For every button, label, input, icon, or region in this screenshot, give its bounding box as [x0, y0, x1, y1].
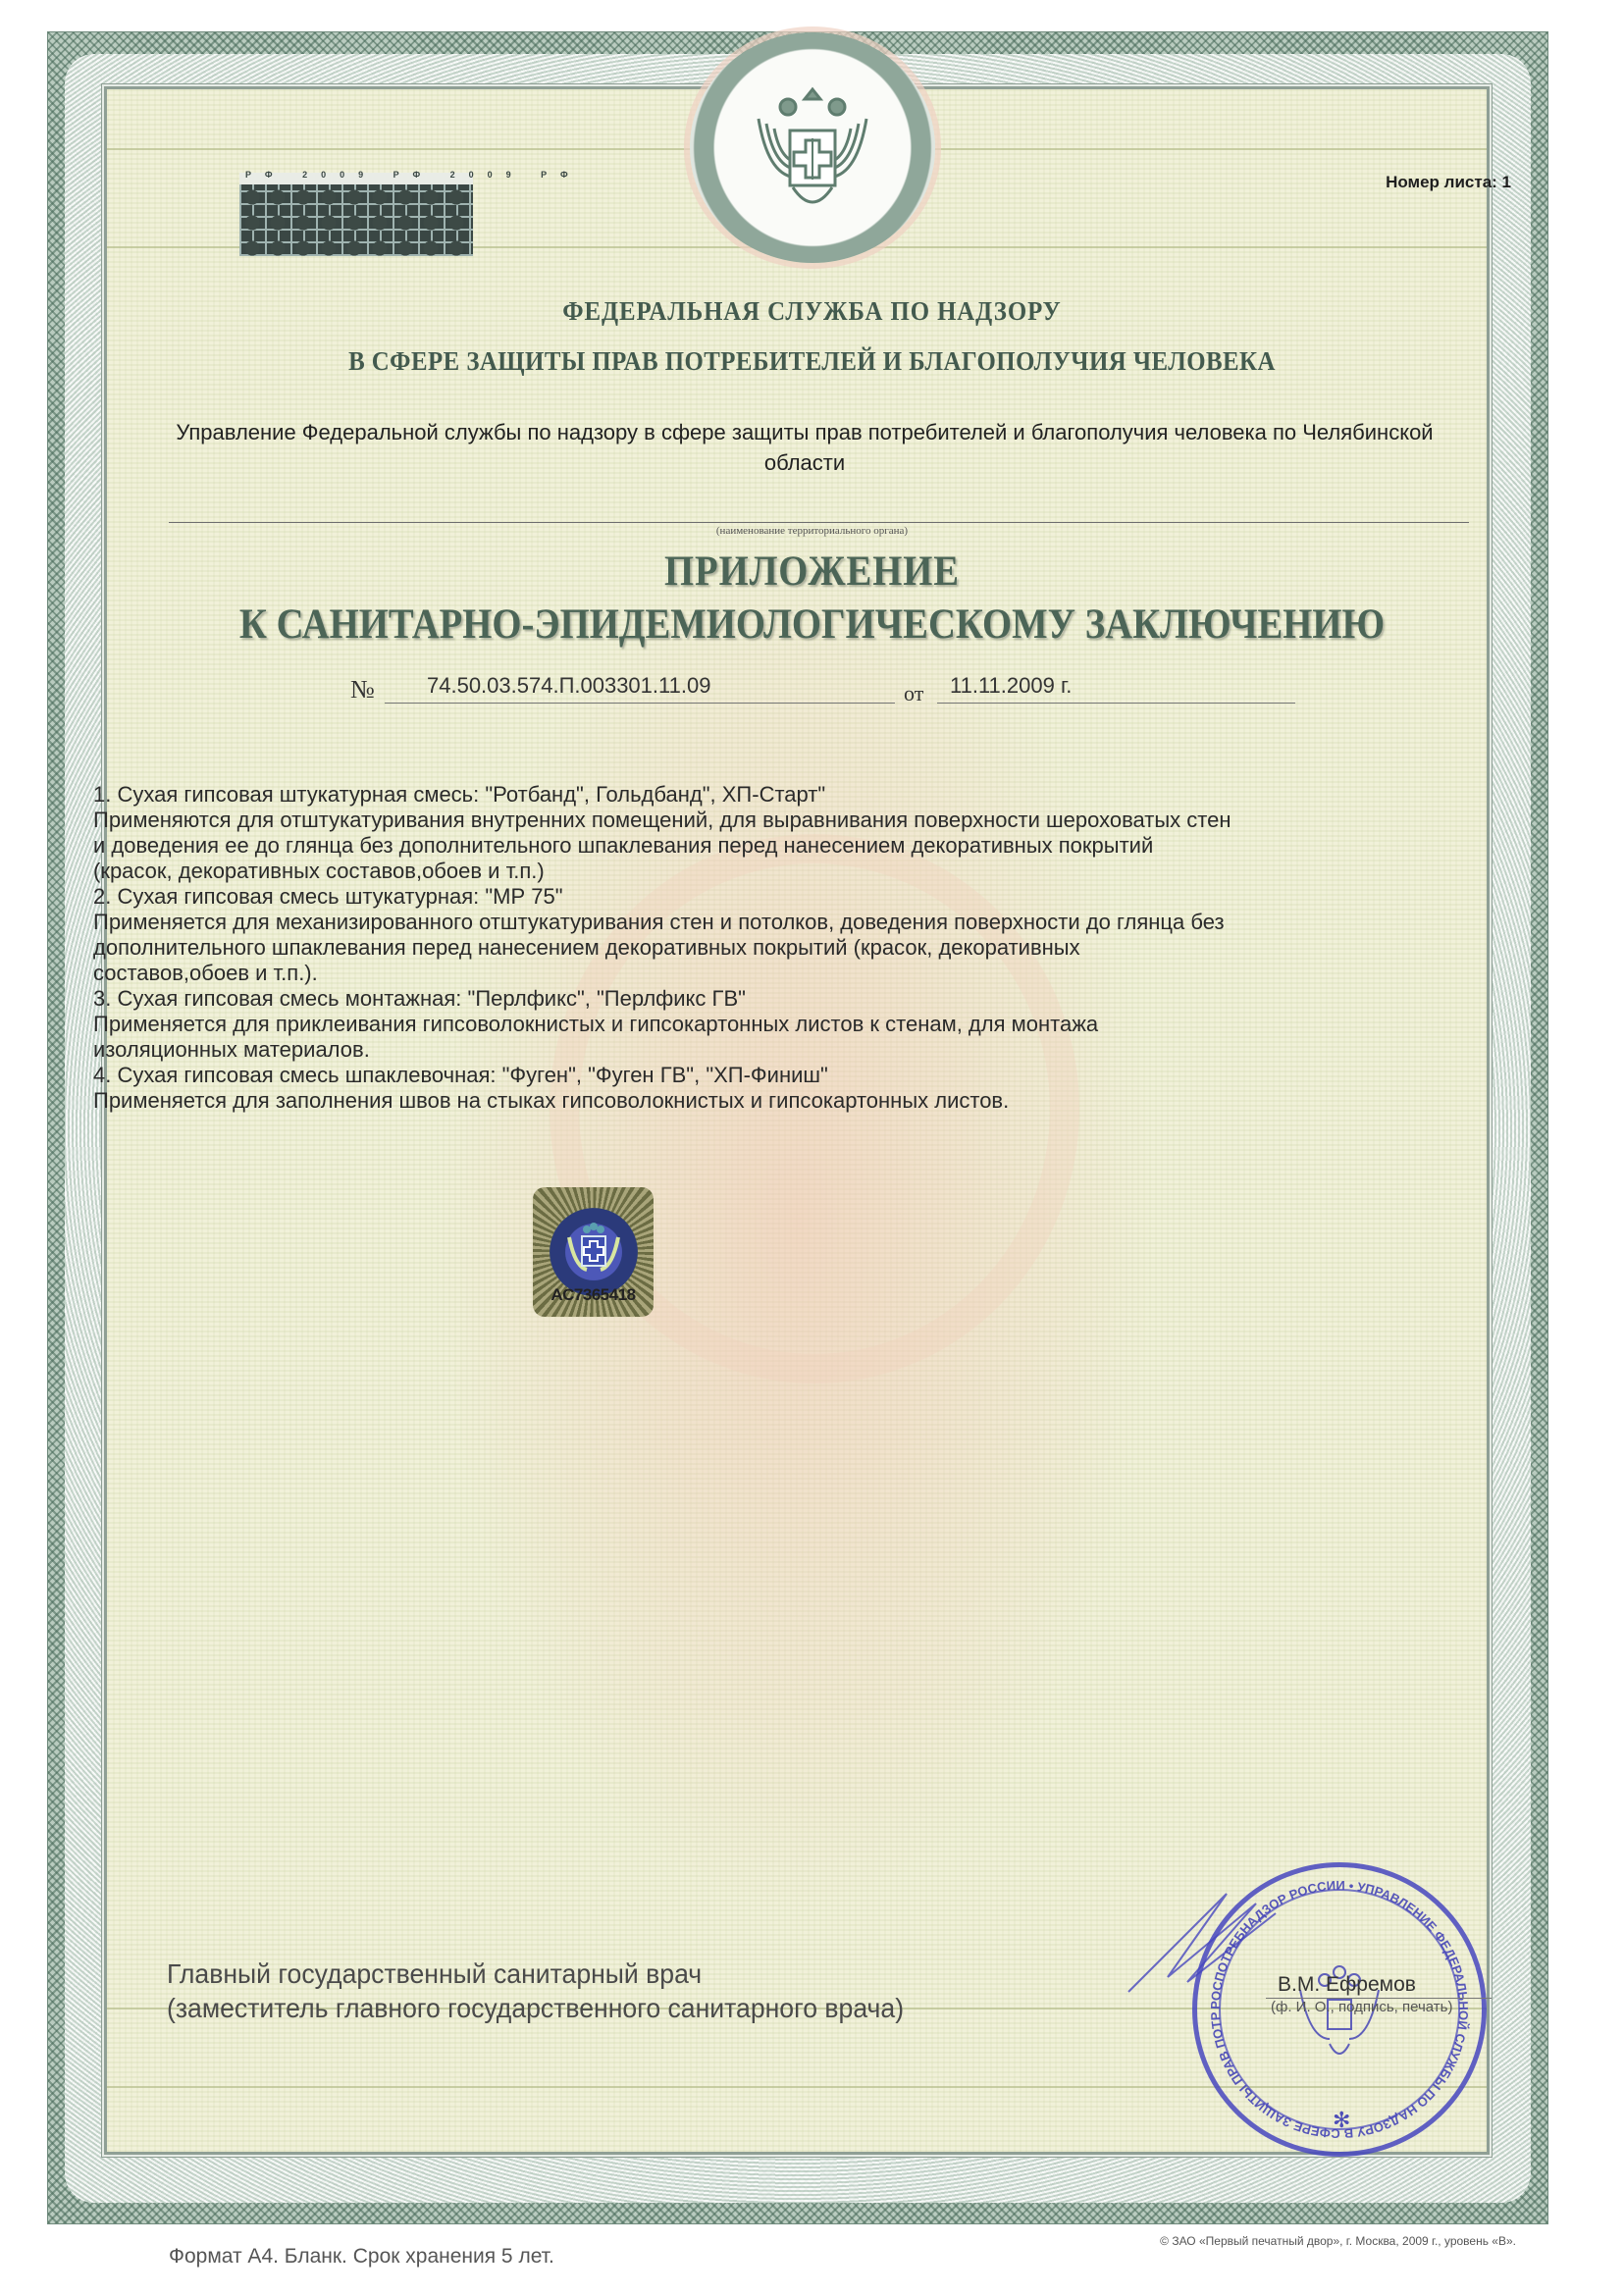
document-subtitle: К САНИТАРНО-ЭПИДЕМИОЛОГИЧЕСКОМУ ЗАКЛЮЧЕН…: [81, 600, 1544, 649]
hologram-strip: [239, 173, 473, 256]
territorial-body-underline: [169, 522, 1469, 523]
conclusion-date: 11.11.2009 г.: [950, 673, 1072, 699]
conclusion-number: 74.50.03.574.П.003301.11.09: [427, 673, 710, 699]
list-item: Применяются для отштукатуривания внутрен…: [93, 808, 1536, 833]
double-headed-eagle-icon: [739, 70, 886, 227]
list-item: Применяется для приклеивания гипсоволокн…: [93, 1012, 1536, 1037]
asterisk-icon: ✻: [1333, 2108, 1350, 2133]
signer-name: В.М. Ефремов: [1278, 1973, 1416, 1997]
signer-caption: (ф. И. О., подпись, печать): [1271, 1999, 1452, 2015]
rospotrebnadzor-emblem-icon: [550, 1208, 638, 1296]
date-underline: [937, 703, 1295, 704]
printer-copyright: © ЗАО «Первый печатный двор», г. Москва,…: [1160, 2234, 1516, 2248]
hologram-strip-text: РФ 2009 РФ 2009 РФ: [245, 170, 582, 180]
document-title: ПРИЛОЖЕНИЕ: [81, 548, 1544, 596]
list-item: 1. Сухая гипсовая штукатурная смесь: "Ро…: [93, 782, 1536, 808]
list-item: изоляционных материалов.: [93, 1037, 1536, 1063]
list-item: и доведения ее до глянца без дополнитель…: [93, 833, 1536, 859]
signer-title-line-2: (заместитель главного государственного с…: [167, 1991, 904, 2025]
list-item: составов,обоев и т.п.).: [93, 961, 1536, 986]
number-underline: [385, 703, 895, 704]
list-item: 4. Сухая гипсовая смесь шпаклевочная: "Ф…: [93, 1063, 1536, 1088]
hologram-serial: AC7365418: [533, 1285, 654, 1305]
territorial-body-caption: (наименование территориального органа): [0, 525, 1624, 537]
hologram-sticker: AC7365418: [533, 1187, 654, 1317]
signer-title: Главный государственный санитарный врач …: [167, 1957, 904, 2025]
list-item: Применяется для заполнения швов на стыка…: [93, 1088, 1536, 1114]
number-label: №: [350, 675, 375, 704]
agency-name-line-1: ФЕДЕРАЛЬНАЯ СЛУЖБА ПО НАДЗОРУ: [65, 296, 1559, 327]
list-item: (красок, декоративных составов,обоев и т…: [93, 859, 1536, 884]
list-item: 3. Сухая гипсовая смесь монтажная: "Перл…: [93, 986, 1536, 1012]
sheet-number: Номер листа: 1: [1386, 173, 1511, 192]
form-format-note: Формат А4. Бланк. Срок хранения 5 лет.: [169, 2245, 554, 2269]
signer-title-line-1: Главный государственный санитарный врач: [167, 1957, 904, 1991]
list-item: Применяется для механизированного отштук…: [93, 910, 1536, 935]
list-item: 2. Сухая гипсовая смесь штукатурная: "МР…: [93, 884, 1536, 910]
list-item: дополнительного шпаклевания перед нанесе…: [93, 935, 1536, 961]
product-list: 1. Сухая гипсовая штукатурная смесь: "Ро…: [93, 782, 1536, 1114]
agency-name-line-2: В СФЕРЕ ЗАЩИТЫ ПРАВ ПОТРЕБИТЕЛЕЙ И БЛАГО…: [65, 346, 1559, 377]
territorial-body-name: Управление Федеральной службы по надзору…: [157, 417, 1452, 478]
rospotrebnadzor-emblem: [690, 32, 935, 263]
date-label: от: [904, 681, 923, 706]
